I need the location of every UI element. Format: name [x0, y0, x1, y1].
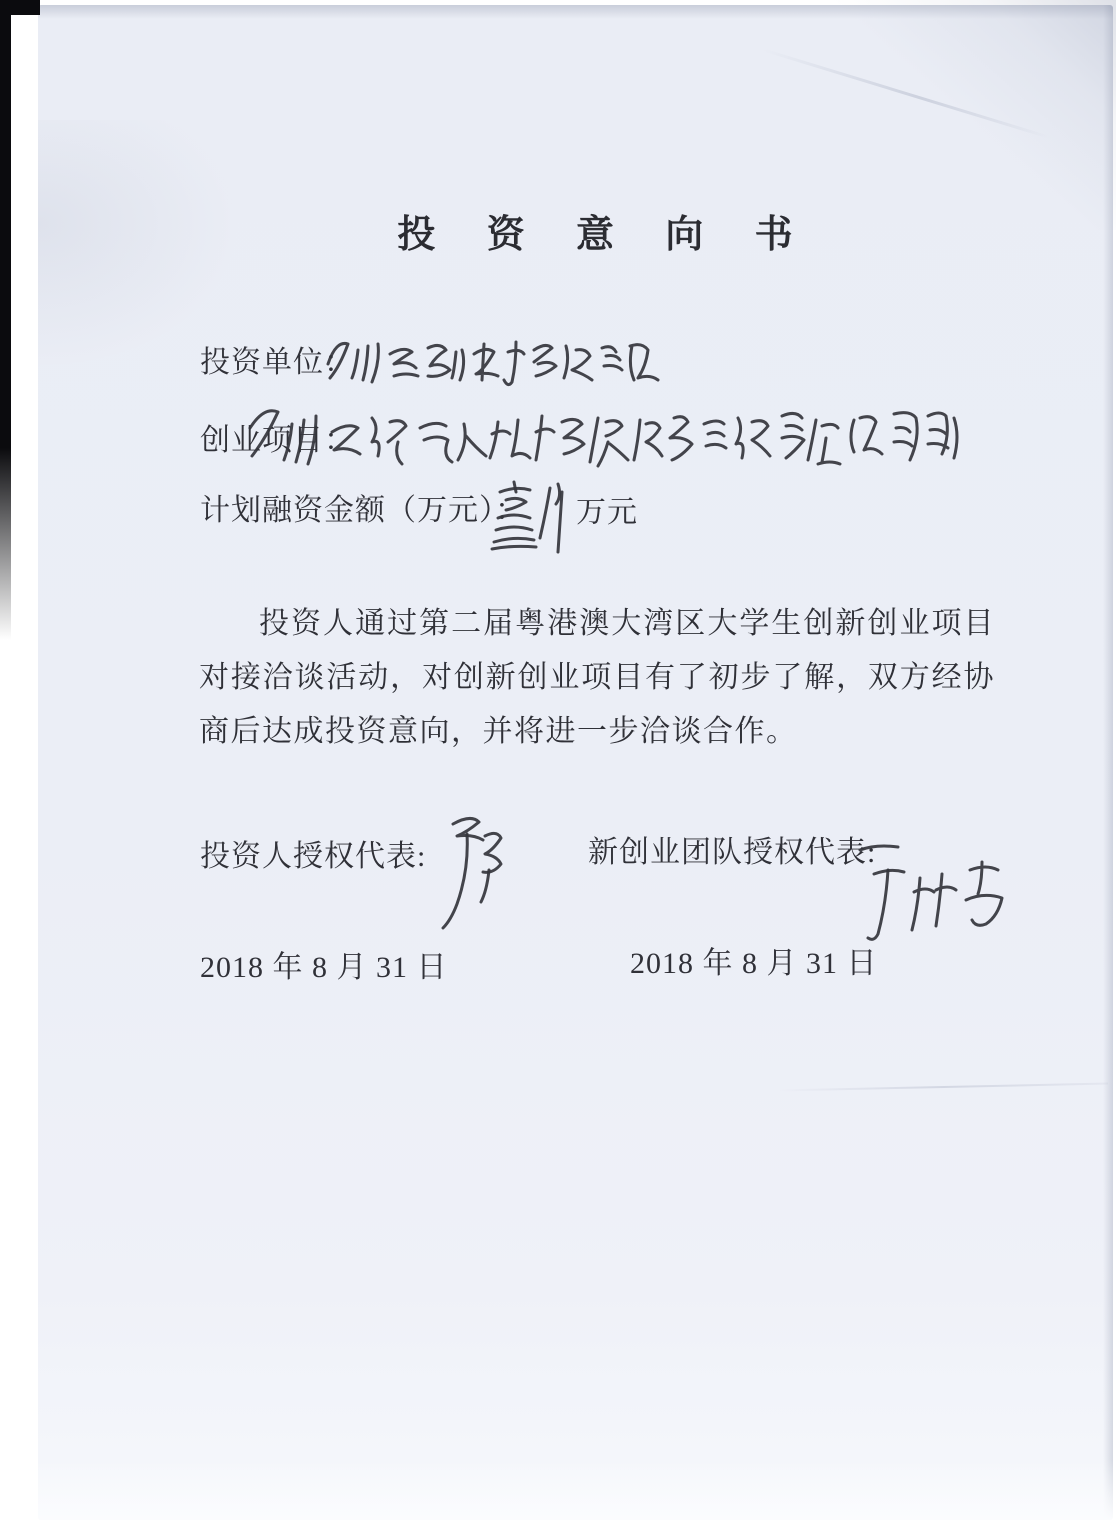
- field-label-financing-amount: 计划融资金额（万元）：: [200, 485, 526, 529]
- scanner-edge-corner: [0, 0, 40, 15]
- investor-signature-label: 投资人授权代表:: [200, 831, 426, 875]
- field-label-venture-project: 创业项目：: [200, 415, 355, 459]
- financing-amount-unit-suffix: 万元: [576, 487, 638, 531]
- body-paragraph: 投资人通过第二届粤港澳大湾区大学生创新创业项目对接洽谈活动，对创新创业项目有了初…: [199, 597, 995, 759]
- team-date: 2018 年 8 月 31 日: [630, 938, 878, 982]
- team-signature-label: 新创业团队授权代表:: [588, 827, 876, 871]
- investor-date: 2018 年 8 月 31 日: [200, 942, 448, 986]
- document-title: 投 资 意 向 书: [200, 203, 990, 258]
- field-label-investor-unit: 投资单位：: [200, 337, 355, 381]
- scanned-document-page: 投 资 意 向 书 投资单位： 创业项目： 计划融: [0, 0, 1116, 1536]
- scanner-edge-strip: [0, 0, 11, 640]
